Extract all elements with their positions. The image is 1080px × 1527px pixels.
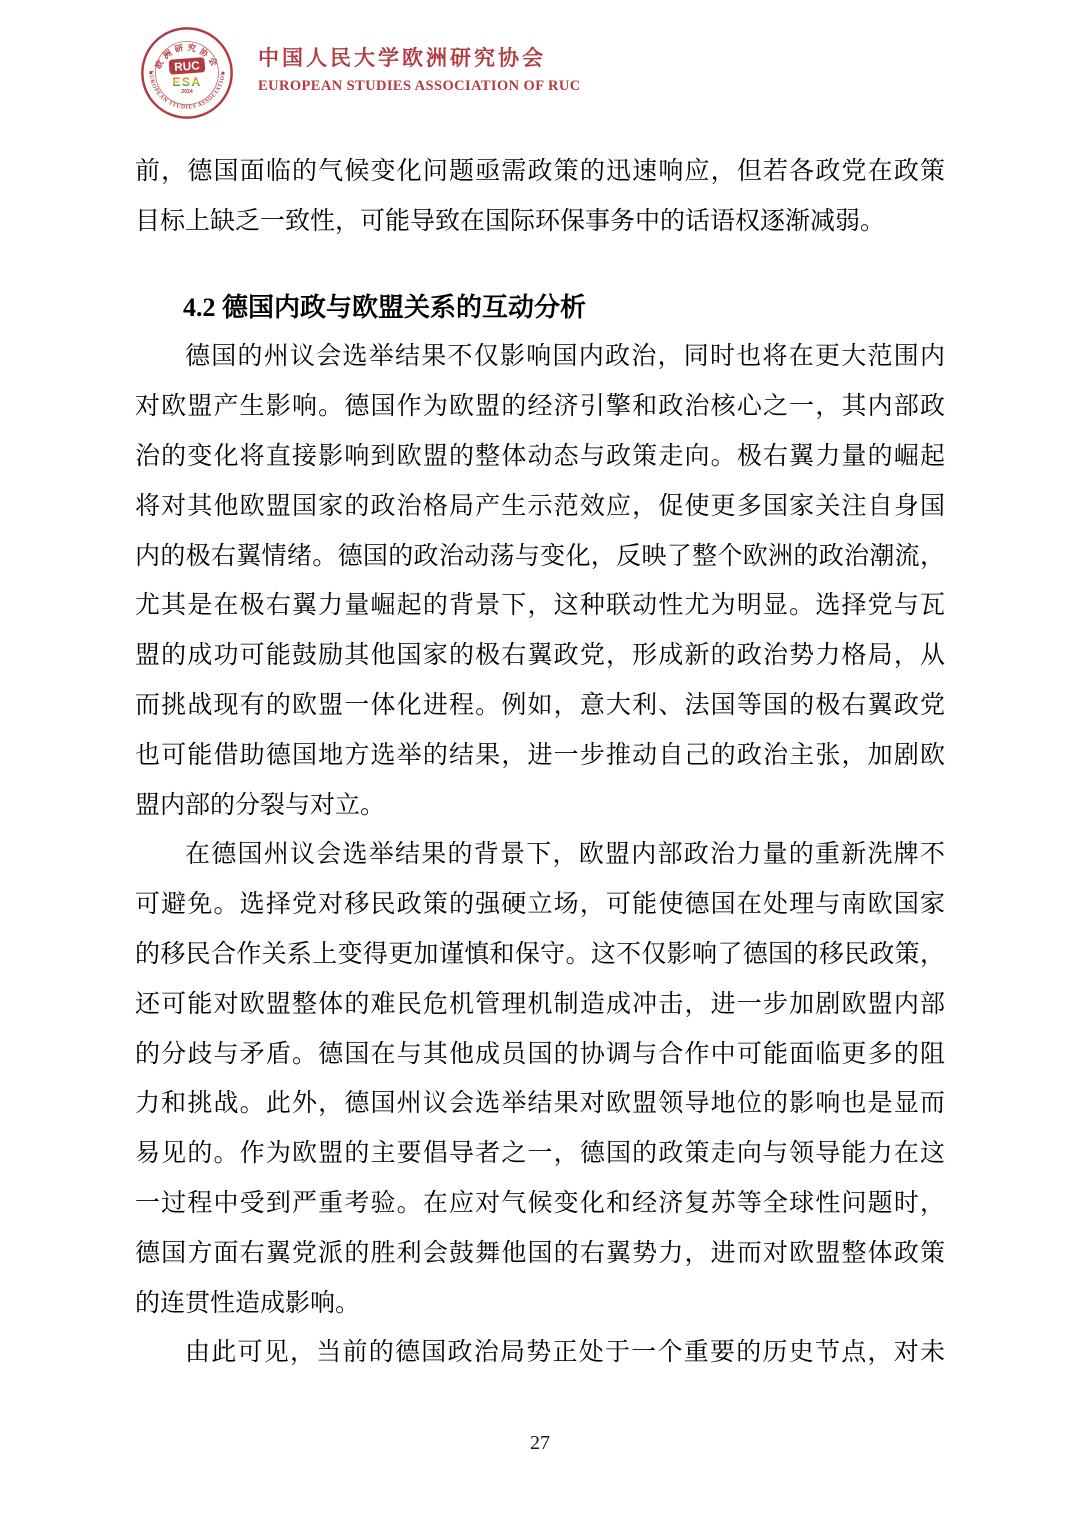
text-line: 一过程中受到严重考验。在应对气候变化和经济复苏等全球性问题时， [135,1179,945,1229]
text-line: 易见的。作为欧盟的主要倡导者之一，德国的政策走向与领导能力在这 [135,1129,945,1179]
text-line: 内的极右翼情绪。德国的政治动荡与变化，反映了整个欧洲的政治潮流， [135,532,945,582]
text-line: 前，德国面临的气候变化问题亟需政策的迅速响应，但若各政党在政策 [135,147,945,197]
text-line: 由此可见，当前的德国政治局势正处于一个重要的历史节点，对未 [135,1328,945,1378]
text-line: 也可能借助德国地方选举的结果，进一步推动自己的政治主张，加剧欧 [135,731,945,781]
text-line: 尤其是在极右翼力量崛起的背景下，这种联动性尤为明显。选择党与瓦 [135,581,945,631]
text-line: 力和挑战。此外，德国州议会选举结果对欧盟领导地位的影响也是显而 [135,1079,945,1129]
org-name-chinese: 中国人民大学欧洲研究协会 [258,46,581,70]
text-line: 治的变化将直接影响到欧盟的整体动态与政策走向。极右翼力量的崛起 [135,432,945,482]
section-heading-4-2: 4.2 德国内政与欧盟关系的互动分析 [135,283,945,333]
seal-esa-text: ESA [172,75,201,89]
continuation-paragraph: 前，德国面临的气候变化问题亟需政策的迅速响应，但若各政党在政策 目标上缺乏一致性… [135,147,945,247]
text-line: 的分歧与矛盾。德国在与其他成员国的协调与合作中可能面临更多的阻 [135,1030,945,1080]
document-header: 欧洲研究协会 EUROPEAN STUDIES ASSOCIATION RUC … [140,26,581,120]
org-name-english: EUROPEAN STUDIES ASSOCIATION OF RUC [258,78,581,94]
text-line: 的连贯性造成影响。 [135,1279,945,1329]
text-line: 德国的州议会选举结果不仅影响国内政治，同时也将在更大范围内 [135,332,945,382]
text-line: 目标上缺乏一致性，可能导致在国际环保事务中的话语权逐渐减弱。 [135,197,945,247]
text-line: 还可能对欧盟整体的难民危机管理机制造成冲击，进一步加剧欧盟内部 [135,980,945,1030]
text-line: 在德国州议会选举结果的背景下，欧盟内部政治力量的重新洗牌不 [135,830,945,880]
text-line: 而挑战现有的欧盟一体化进程。例如，意大利、法国等国的极右翼政党 [135,681,945,731]
text-line: 对欧盟产生影响。德国作为欧盟的经济引擎和政治核心之一，其内部政 [135,382,945,432]
text-line: 盟内部的分裂与对立。 [135,781,945,831]
text-line: 的移民合作关系上变得更加谨慎和保守。这不仅影响了德国的移民政策， [135,930,945,980]
org-title-block: 中国人民大学欧洲研究协会 EUROPEAN STUDIES ASSOCIATIO… [258,26,581,94]
text-line: 盟的成功可能鼓励其他国家的极右翼政党，形成新的政治势力格局，从 [135,631,945,681]
association-seal-logo: 欧洲研究协会 EUROPEAN STUDIES ASSOCIATION RUC … [140,26,234,120]
text-line: 将对其他欧盟国家的政治格局产生示范效应，促使更多国家关注自身国 [135,482,945,532]
paragraph-1: 德国的州议会选举结果不仅影响国内政治，同时也将在更大范围内 对欧盟产生影响。德国… [135,332,945,830]
page-number: 27 [0,1432,1080,1455]
seal-year-text: 2024 [181,89,193,95]
document-body: 前，德国面临的气候变化问题亟需政策的迅速响应，但若各政党在政策 目标上缺乏一致性… [135,147,945,1378]
text-line: 德国方面右翼党派的胜利会鼓舞他国的右翼势力，进而对欧盟整体政策 [135,1229,945,1279]
svg-text:RUC: RUC [174,59,201,74]
seal-ruc-badge: RUC [169,57,206,74]
text-line: 可避免。选择党对移民政策的强硬立场，可能使德国在处理与南欧国家 [135,880,945,930]
paragraph-2: 在德国州议会选举结果的背景下，欧盟内部政治力量的重新洗牌不 可避免。选择党对移民… [135,830,945,1328]
paragraph-3: 由此可见，当前的德国政治局势正处于一个重要的历史节点，对未 [135,1328,945,1378]
